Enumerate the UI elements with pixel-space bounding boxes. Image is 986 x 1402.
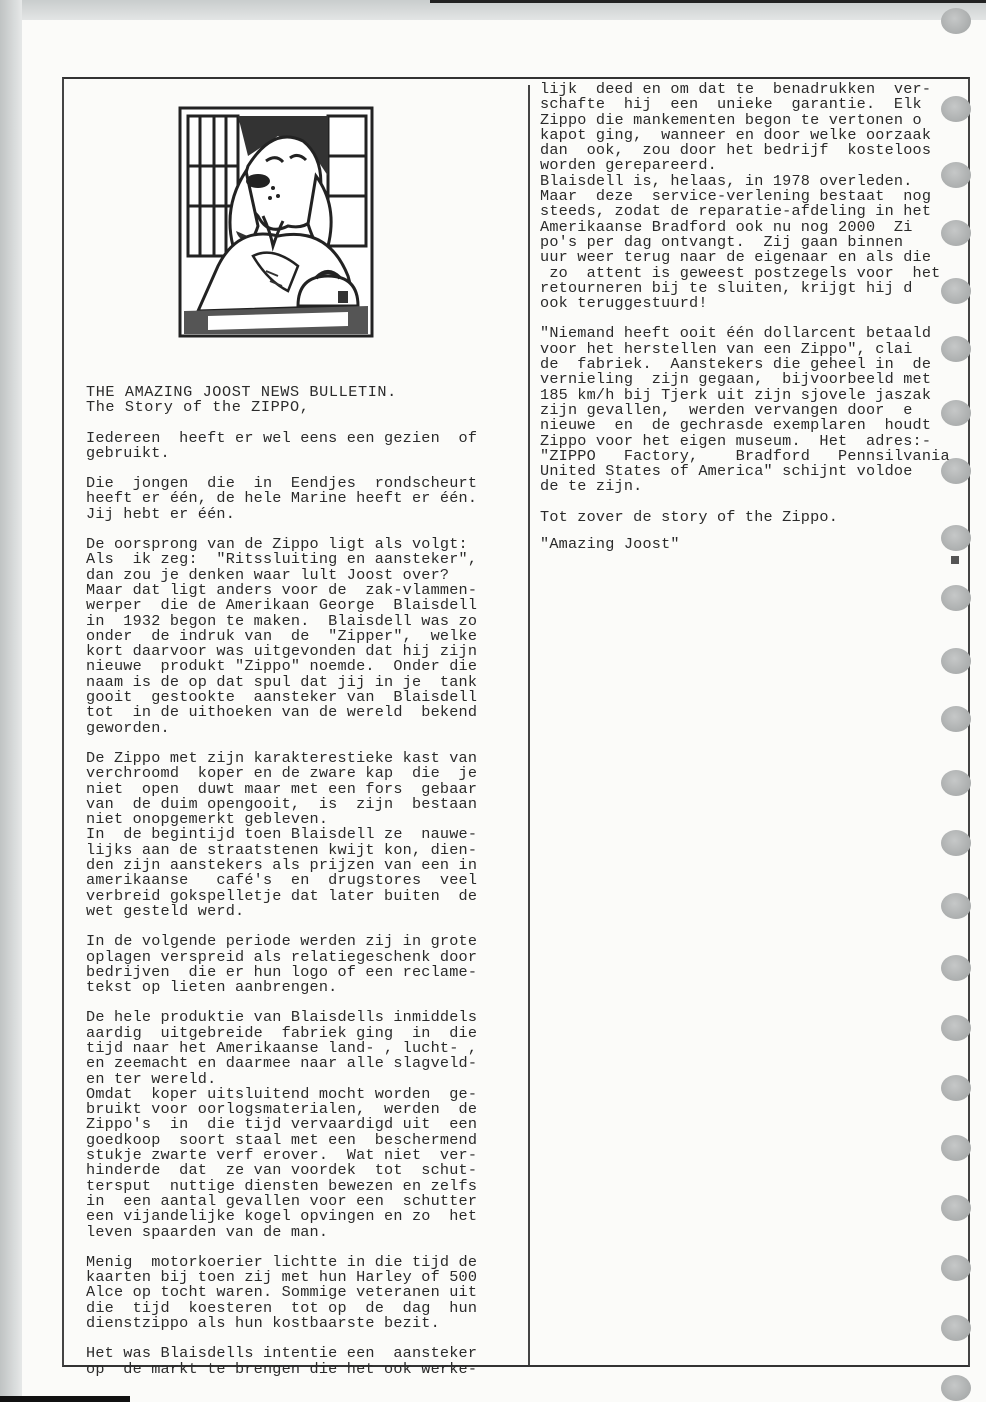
text-line: "Amazing Joost" [540, 537, 960, 552]
text-line: de te zijn. [540, 479, 960, 494]
paragraph: "Niemand heeft ooit één dollarcent betaa… [540, 326, 960, 494]
scan-border-left [0, 0, 22, 1402]
bloodhound-illustration [178, 106, 374, 338]
binder-hole [941, 585, 971, 611]
binder-hole [941, 893, 971, 919]
binder-hole [941, 1315, 971, 1341]
text-line: Tot zover de story of the Zippo. [540, 510, 960, 525]
binder-hole [941, 830, 971, 856]
paragraph: In de volgende periode werden zij in gro… [86, 934, 518, 995]
left-column: THE AMAZING JOOST NEWS BULLETIN. The Sto… [86, 385, 518, 1392]
binder-hole [941, 8, 971, 34]
binder-hole [941, 1375, 971, 1401]
right-paragraphs: lijk deed en om dat te benadrukken ver-s… [540, 82, 960, 552]
article-heading: THE AMAZING JOOST NEWS BULLETIN. The Sto… [86, 385, 518, 416]
text-line: tekst op lieten aanbrengen. [86, 980, 518, 995]
article-subtitle: The Story of the ZIPPO, [86, 400, 518, 415]
binder-hole [941, 648, 971, 674]
binder-hole [941, 955, 971, 981]
text-line: dienstzippo als hun kostbaarste bezit. [86, 1316, 518, 1331]
right-column: lijk deed en om dat te benadrukken ver-s… [540, 82, 960, 567]
paragraph: De hele produktie van Blaisdells inmidde… [86, 1010, 518, 1239]
binder-hole [941, 162, 971, 188]
scan-edge-dark [430, 0, 986, 3]
binder-hole [941, 1135, 971, 1161]
paragraph: Iedereen heeft er wel eens een gezien of… [86, 431, 518, 462]
binder-hole [941, 1015, 971, 1041]
text-line: Jij hebt er één. [86, 507, 518, 522]
left-paragraphs: Iedereen heeft er wel eens een gezien of… [86, 431, 518, 1377]
paragraph: Tot zover de story of the Zippo. [540, 510, 960, 525]
scan-border-top [0, 0, 986, 20]
binder-hole [941, 770, 971, 796]
binder-hole [941, 1195, 971, 1221]
scan-edge-bottom [0, 1396, 130, 1402]
paragraph: De Zippo met zijn karakterestieke kast v… [86, 751, 518, 919]
binder-hole [941, 1075, 971, 1101]
text-line: leven spaarden van de man. [86, 1225, 518, 1240]
binder-hole [941, 400, 971, 426]
text-line: op de markt te brengen die het ook werke… [86, 1362, 518, 1377]
paragraph: Menig motorkoerier lichtte in die tijd d… [86, 1255, 518, 1331]
text-line: ook teruggestuurd! [540, 296, 960, 311]
text-line: gebruikt. [86, 446, 518, 461]
paragraph: lijk deed en om dat te benadrukken ver-s… [540, 82, 960, 311]
binder-hole [941, 278, 971, 304]
binder-hole [941, 220, 971, 246]
binder-hole [941, 336, 971, 362]
paragraph: De oorsprong van de Zippo ligt als volgt… [86, 537, 518, 736]
binder-hole [941, 706, 971, 732]
binder-hole [941, 96, 971, 122]
binder-hole [941, 458, 971, 484]
paragraph: "Amazing Joost" [540, 537, 960, 552]
bloodhound-cartoon-icon [178, 106, 374, 338]
column-divider [528, 85, 530, 1365]
binder-hole [941, 1255, 971, 1281]
text-line: geworden. [86, 721, 518, 736]
paragraph: Het was Blaisdells intentie een aansteke… [86, 1346, 518, 1377]
index-mark [951, 556, 959, 564]
binder-hole [941, 525, 971, 551]
paragraph: Die jongen die in Eendjes rondscheurthee… [86, 476, 518, 522]
text-line: wet gesteld werd. [86, 904, 518, 919]
